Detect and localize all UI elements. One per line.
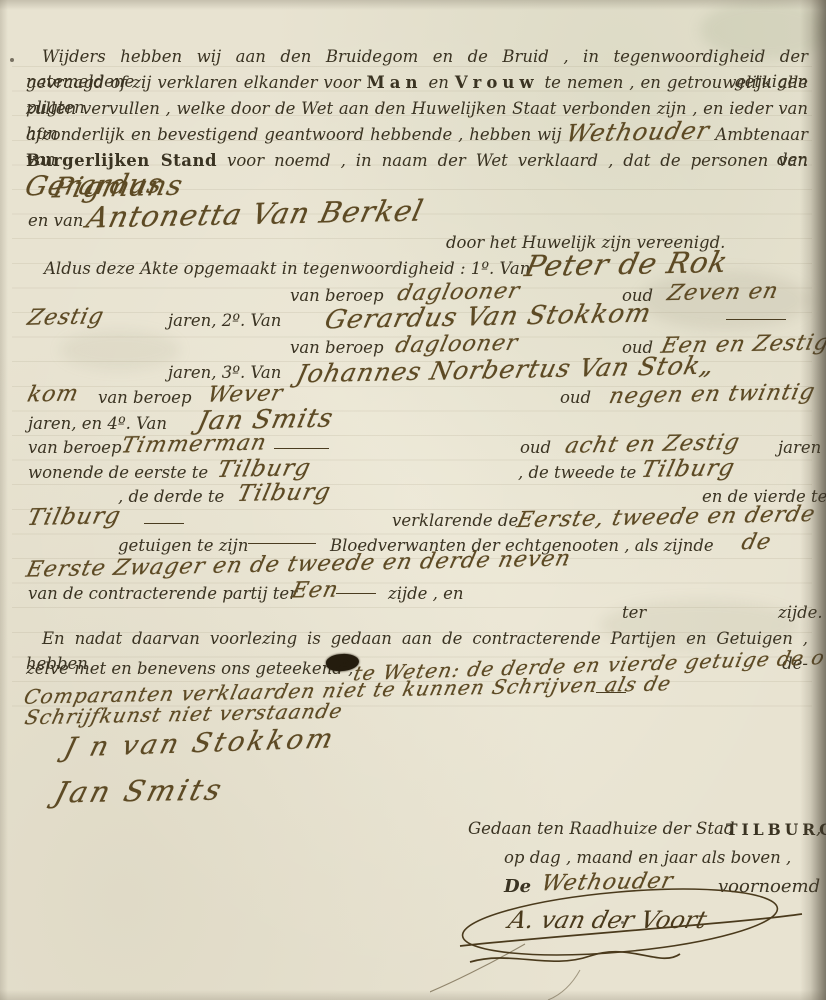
witness-intro-line: Aldus deze Akte opgemaakt in tegenwoordi… bbox=[26, 252, 808, 282]
handwritten-witness3-age: negen en twintig bbox=[607, 380, 818, 409]
printed-jaren-2: jaren, 2º. Van bbox=[168, 308, 281, 333]
printed-ter: ter bbox=[622, 600, 646, 625]
marriage-certificate-page: Wijders hebben wij aan den Bruidegom en … bbox=[0, 0, 826, 1000]
page-edge-shadow-bottom bbox=[0, 990, 826, 1000]
printed-text: gevraagd of zij verklaren elkander voor bbox=[26, 73, 361, 92]
signature-text: J n van Stokkom bbox=[61, 723, 339, 763]
signature-flourish: A. van der Voort bbox=[430, 884, 826, 1000]
handwritten-residence3: Tilburg bbox=[235, 480, 333, 507]
handwritten-witness1-age-b: Zestig bbox=[25, 304, 107, 331]
flourish-dash bbox=[726, 319, 786, 320]
ink-dot bbox=[10, 58, 14, 62]
handwritten-witness4-beroep: Timmerman bbox=[119, 430, 270, 458]
signature-name-text: A. van der Voort bbox=[504, 905, 711, 934]
handwritten-groom-surname: Pigmans bbox=[51, 173, 186, 201]
handwritten-residence2: Tilburg bbox=[639, 456, 737, 483]
signature-jan-smits: Jan Smits bbox=[56, 774, 223, 808]
printed-man: Man bbox=[367, 73, 423, 92]
printed-burgerlijken-stand: Burgerlijken Stand bbox=[26, 151, 217, 170]
signature-text: Jan Smits bbox=[51, 773, 228, 810]
witness3-detail-line: kom van beroep Wever oud negen en twinti… bbox=[26, 382, 808, 410]
printed-aldus: Aldus deze Akte opgemaakt in tegenwoordi… bbox=[44, 256, 530, 281]
handwritten-witness2-name: Gerardus Van Stokkom bbox=[322, 302, 653, 334]
printed-oud: oud bbox=[560, 385, 591, 410]
printed-gedaan: Gedaan ten Raadhuize der Stad bbox=[468, 816, 734, 841]
printed-text: afzonderlijk en bevestigend geantwoord h… bbox=[26, 125, 562, 144]
filler-dash bbox=[336, 593, 376, 594]
handwritten-residence4: Tilburg bbox=[25, 504, 123, 531]
signature-official: A. van der Voort bbox=[430, 884, 826, 1000]
filler-dash bbox=[248, 543, 316, 544]
handwritten-declaration: Eerste, tweede en derde bbox=[514, 502, 818, 533]
printed-text: en bbox=[428, 73, 448, 92]
handwritten-bride-name: Antonetta Van Berkel bbox=[84, 199, 426, 231]
page-edge-shadow-left bbox=[0, 0, 8, 1000]
printed-vrouw: Vrouw bbox=[455, 73, 539, 92]
relation-line: Eerste Zwager en de tweede en derde neve… bbox=[26, 552, 808, 580]
printed-text: voor noemd , in naam der Wet verklaard ,… bbox=[227, 151, 808, 170]
ter-zijde-line: ter zijde. bbox=[26, 600, 808, 626]
footer-line-1: Gedaan ten Raadhuize der Stad TILBURG , bbox=[26, 816, 808, 842]
closing-line-4: Schrijfkunst niet verstaande bbox=[26, 702, 808, 730]
page-edge-shadow-right bbox=[800, 0, 826, 1000]
handwritten-wethouder: Wethouder bbox=[564, 119, 712, 147]
handwritten-witness1-age-a: Zeven en bbox=[665, 279, 781, 306]
printed-date-formula: op dag , maand en jaar als boven , bbox=[504, 845, 791, 870]
printed-van-beroep: van beroep bbox=[98, 385, 192, 410]
flourish-dash bbox=[274, 448, 329, 449]
page-edge-shadow-top bbox=[0, 0, 826, 10]
handwritten-witness1-name: Peter de Rok bbox=[523, 250, 731, 279]
declaration-line-1: Tilburg verklarende de Eerste, tweede en… bbox=[26, 505, 808, 533]
flourish-dash bbox=[596, 692, 626, 693]
handwritten-witness3-name2: kom bbox=[25, 381, 81, 407]
flourish-dash bbox=[144, 523, 184, 524]
handwritten-witness3-beroep: Wever bbox=[205, 381, 286, 408]
handwritten-witness2-beroep: daglooner bbox=[393, 331, 521, 359]
signature-van-stokkom: J n van Stokkom bbox=[66, 728, 334, 759]
footer-line-2: op dag , maand en jaar als boven , bbox=[26, 845, 808, 871]
witness3-intro-line: jaren, 3º. Van Johannes Norbertus Van St… bbox=[26, 357, 808, 385]
witness2-intro-line: Zestig jaren, 2º. Van Gerardus Van Stokk… bbox=[26, 305, 808, 333]
